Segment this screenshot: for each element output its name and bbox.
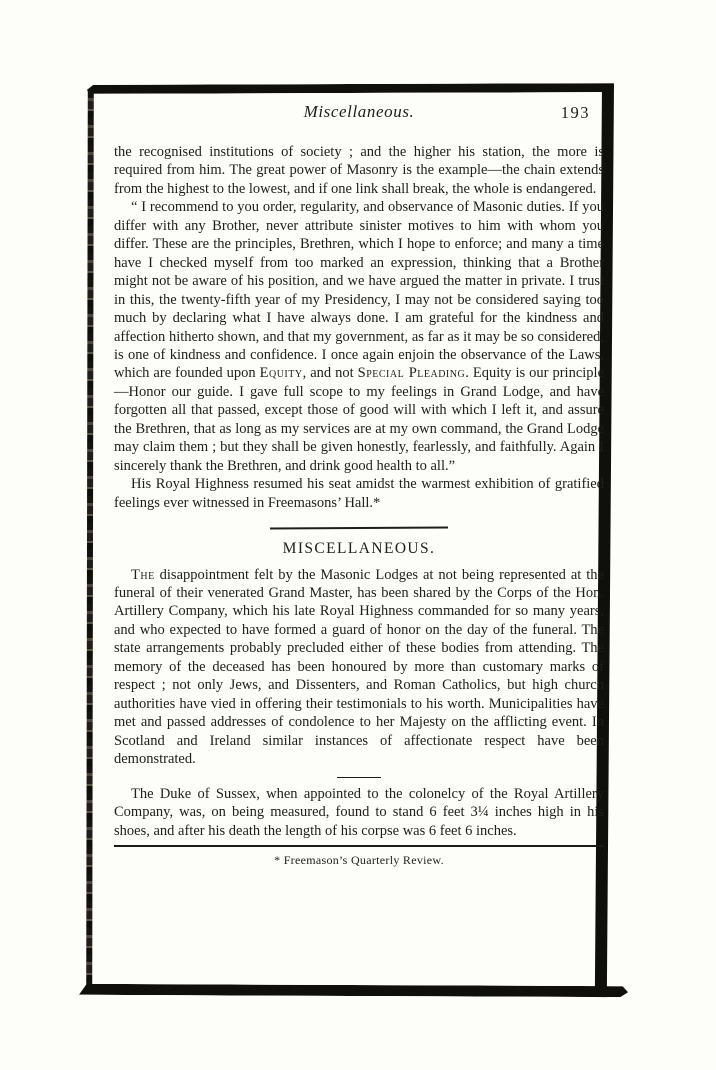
paragraph-divider: [337, 777, 381, 779]
section-heading-rule: [270, 527, 448, 530]
paragraph: The disappointment felt by the Masonic L…: [114, 566, 604, 769]
running-header: Miscellaneous. 193: [114, 102, 604, 134]
paragraph-text: disappointment felt by the Masonic Lodge…: [114, 567, 604, 768]
footnote-block: * Freemason’s Quarterly Review.: [114, 845, 604, 869]
scan-frame-left-edge: [86, 91, 94, 987]
page-number: 193: [561, 103, 590, 123]
paragraph-text: The Duke of Sussex, when appointed to th…: [114, 786, 604, 839]
footnote-text: * Freemason’s Quarterly Review.: [114, 851, 604, 869]
paragraph-text: the recognised institutions of society ;…: [114, 144, 604, 197]
duke-of-sussex-text-block: The Duke of Sussex, when appointed to th…: [114, 785, 604, 840]
paragraph: “ I recommend to you order, regularity, …: [114, 198, 604, 475]
paragraph-text: , and not: [303, 365, 358, 381]
scan-frame-bottom-edge: [79, 984, 628, 997]
page-content: Miscellaneous. 193 the recognised instit…: [114, 102, 604, 870]
small-caps-text: Special Pleading: [358, 365, 466, 381]
scanned-book-page: { "colors": { "paper": "#fdfdfa", "ink":…: [0, 0, 716, 1070]
address-text-block: the recognised institutions of society ;…: [114, 143, 604, 512]
paragraph: His Royal Highness resumed his seat amid…: [114, 475, 604, 512]
paragraph-text: “ I recommend to you order, regularity, …: [114, 199, 604, 381]
paragraph: The Duke of Sussex, when appointed to th…: [114, 785, 604, 840]
small-caps-text: Equity: [260, 365, 303, 381]
section-heading-block: MISCELLANEOUS.: [114, 527, 604, 558]
paragraph-text: . Equity is our principle—Honor our guid…: [114, 365, 604, 473]
body-text: the recognised institutions of society ;…: [114, 143, 604, 870]
running-header-title: Miscellaneous.: [114, 102, 604, 122]
miscellaneous-text-block: The disappointment felt by the Masonic L…: [114, 566, 604, 769]
paragraph: the recognised institutions of society ;…: [114, 143, 604, 198]
paragraph-text: His Royal Highness resumed his seat amid…: [114, 476, 604, 510]
section-heading: MISCELLANEOUS.: [114, 540, 604, 558]
scan-frame-top-edge: [87, 83, 614, 94]
small-caps-text: The: [131, 567, 155, 583]
